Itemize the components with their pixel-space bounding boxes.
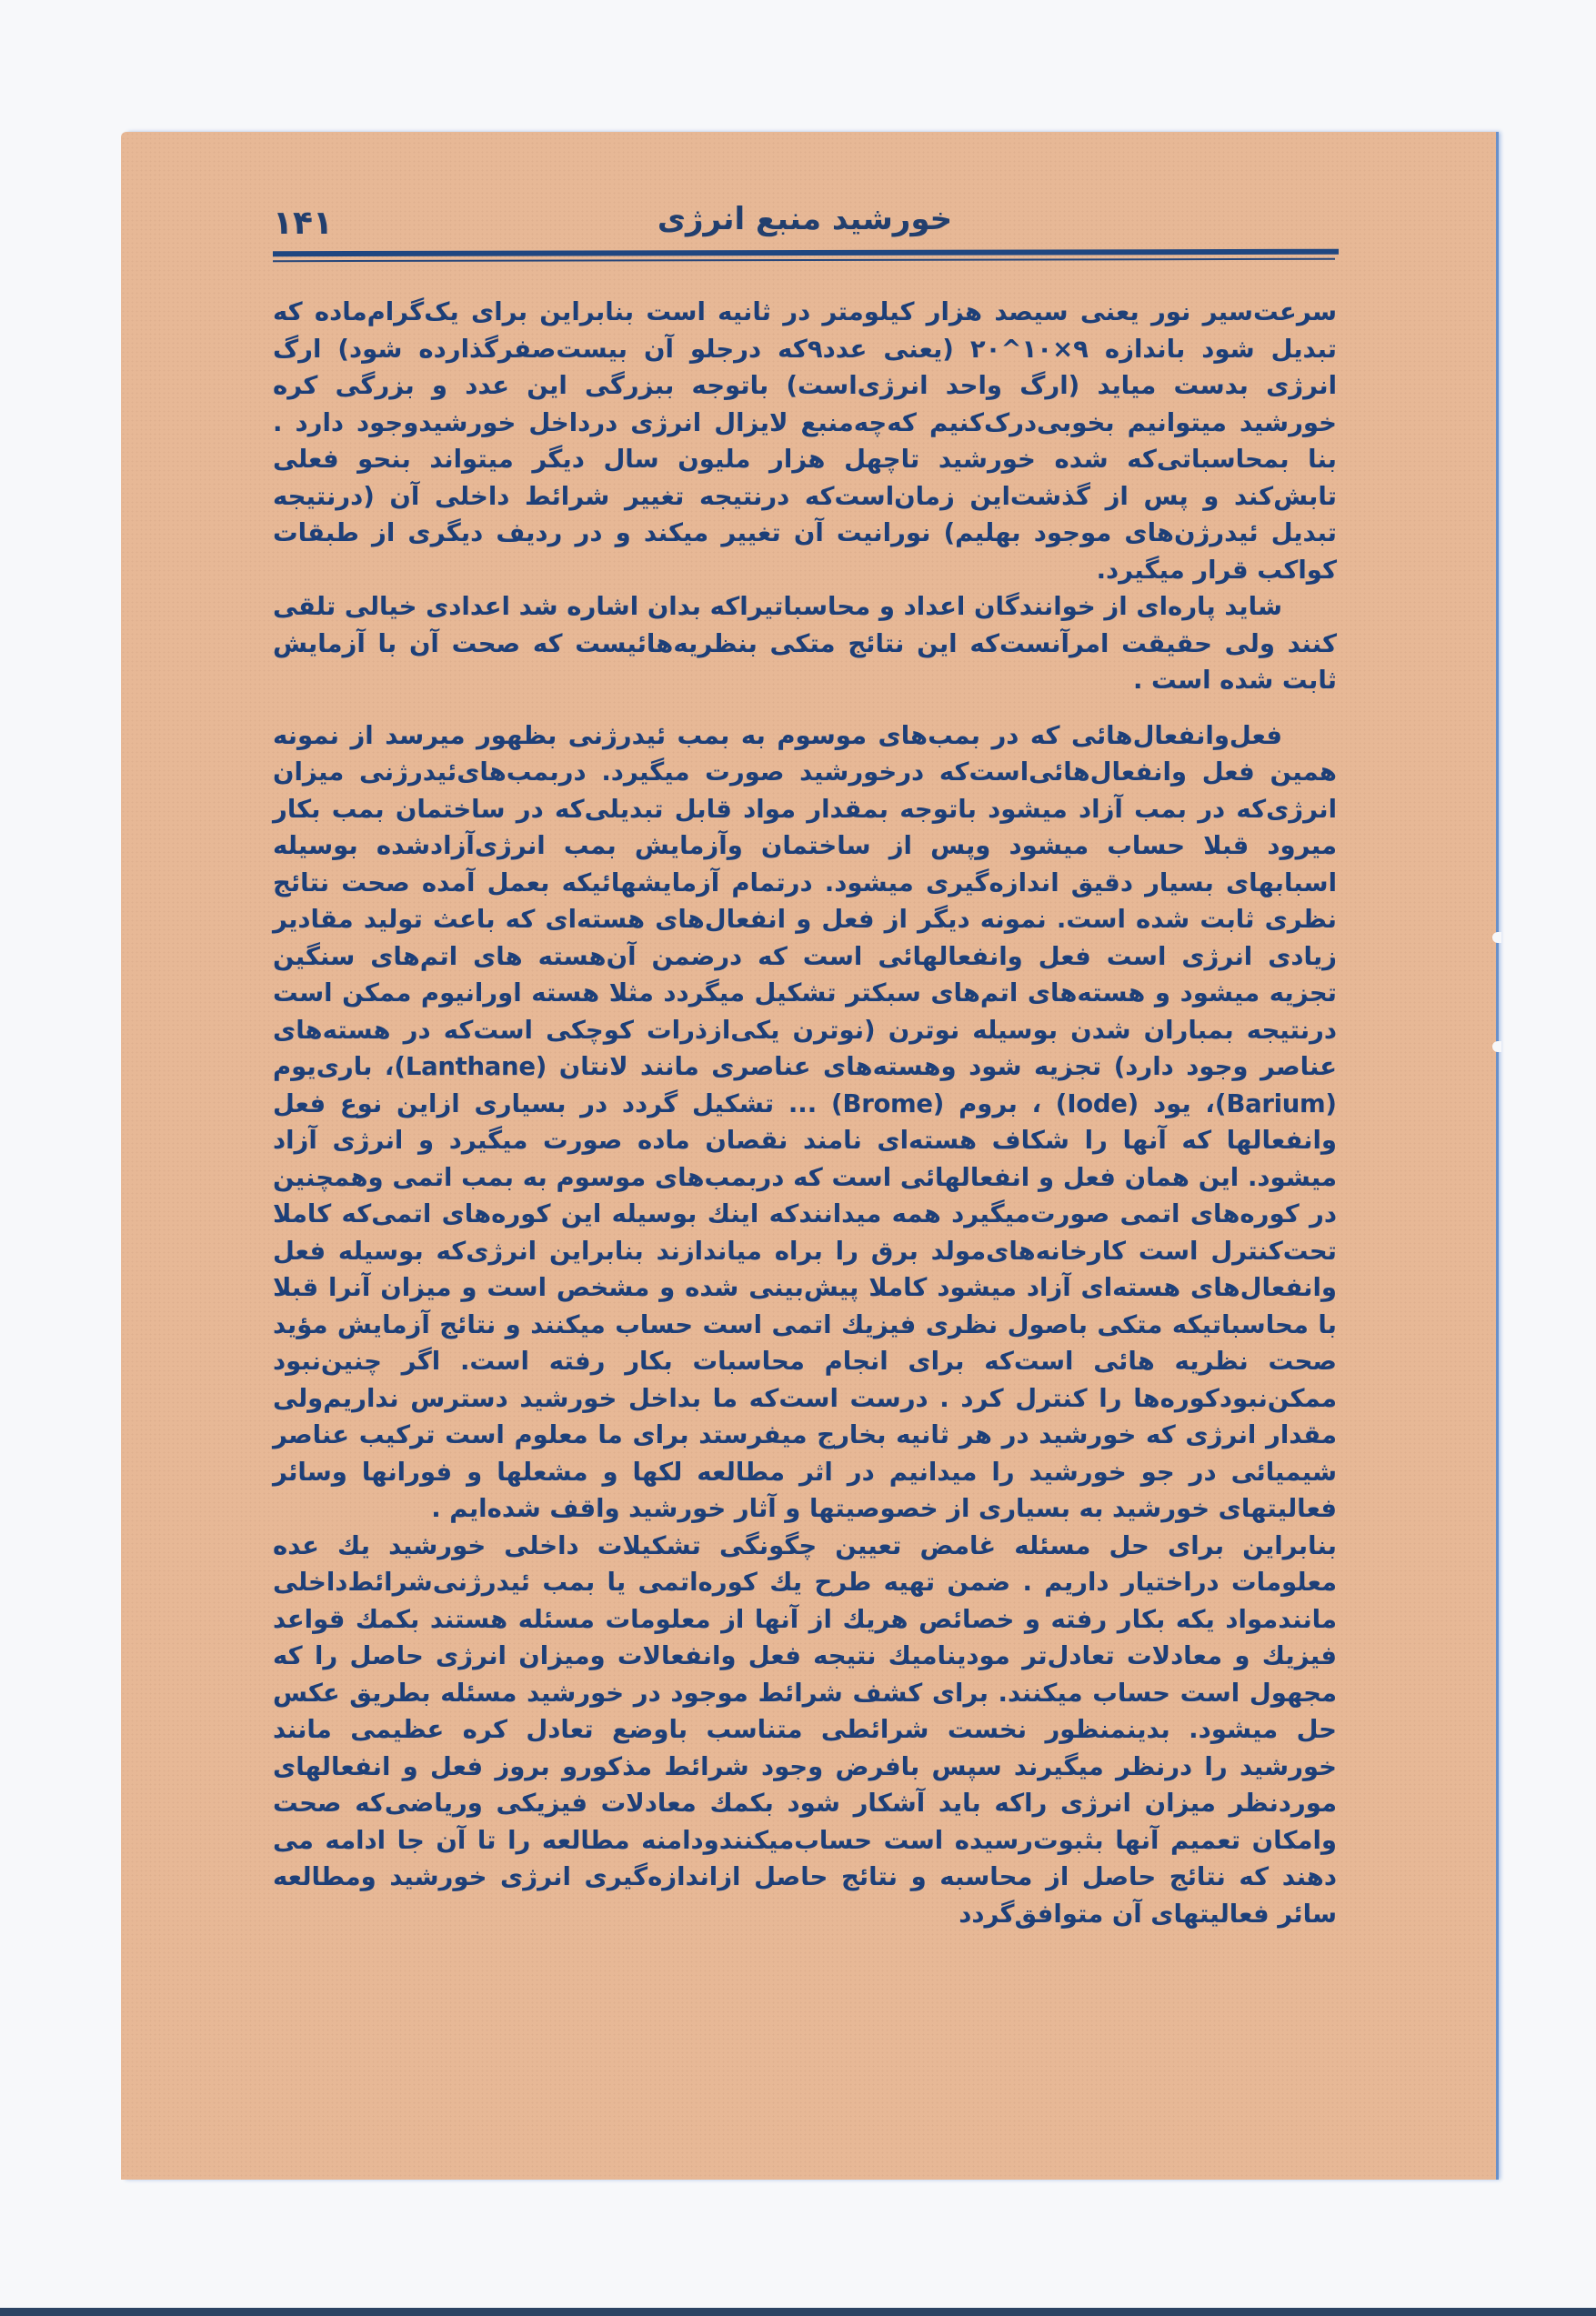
- paragraph: بنابراین برای حل مسئله غامض تعیین چگونگی…: [273, 1528, 1337, 1933]
- running-title: خورشید منبع انرژی: [273, 201, 1337, 237]
- book-page: ۱۴۱ خورشید منبع انرژی سرعت‌سیر نور یعنی …: [121, 132, 1496, 2180]
- header-rule-thin: [273, 258, 1335, 262]
- scanner-bottom-strip: [0, 2308, 1596, 2316]
- page-edge-notch: [1492, 1041, 1501, 1052]
- paragraph: سرعت‌سیر نور یعنی سیصد هزار کیلومتر در ث…: [273, 294, 1337, 588]
- paragraph: شاید پاره‌ای از خوانندگان اعداد و محاسبا…: [273, 588, 1337, 699]
- header-rule-thick: [273, 249, 1339, 256]
- paragraph: فعل‌وانفعال‌هائی که در بمب‌های موسوم به …: [273, 717, 1337, 1528]
- page-header: ۱۴۱ خورشید منبع انرژی: [273, 197, 1337, 250]
- body-text: سرعت‌سیر نور یعنی سیصد هزار کیلومتر در ث…: [273, 294, 1337, 1932]
- page-edge-notch: [1492, 932, 1501, 943]
